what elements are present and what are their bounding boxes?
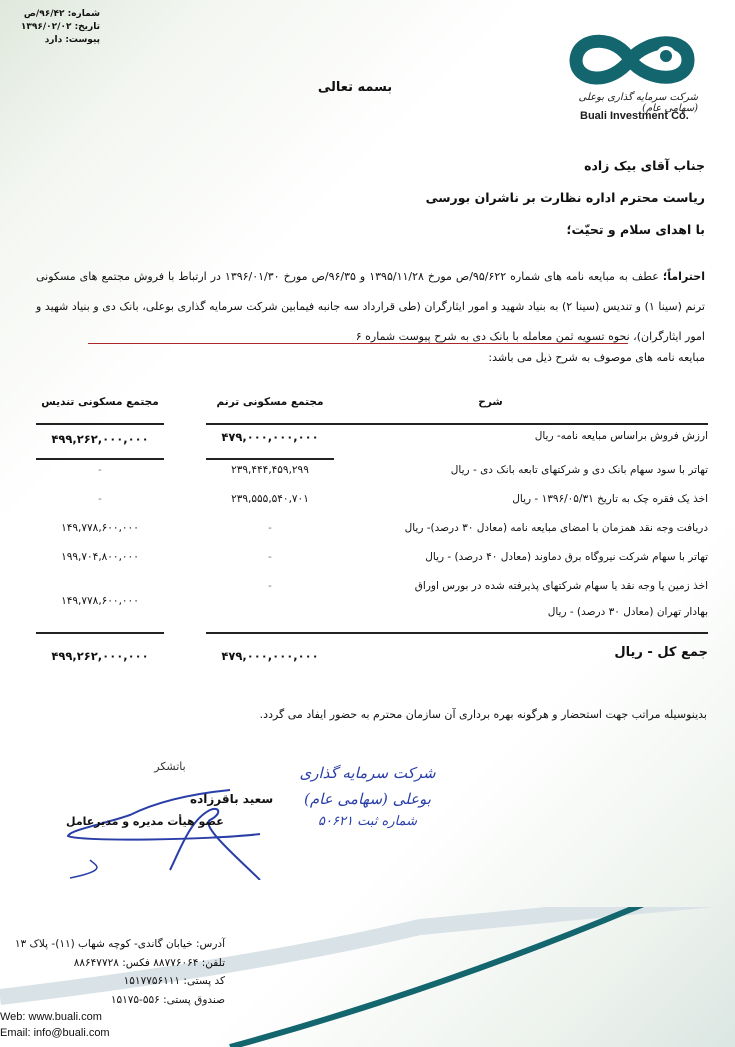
table-row-tandis: ۱۴۹,۷۷۸,۶۰۰,۰۰۰ bbox=[36, 595, 164, 607]
divider bbox=[206, 632, 334, 634]
footer-postal-code: کد پستی: ۱۵۱۷۷۵۶۱۱۱ bbox=[0, 972, 225, 991]
table-row-desc: دریافت وجه نقد همزمان با امضای مبایعه نا… bbox=[273, 522, 708, 534]
letter-body: احتراماً؛ عطف به مبایعه نامه های شماره ۹… bbox=[36, 262, 705, 352]
signer-role: عضو هیأت مدیره و مدیرعامل bbox=[66, 815, 224, 828]
footer-contact: آدرس: خیابان گاندی- کوچه شهاب (۱۱)- پلاک… bbox=[0, 935, 225, 1041]
table-row-desc: اخذ یک فقره چک به تاریخ ۱۳۹۶/۰۵/۳۱ - ریا… bbox=[273, 493, 708, 505]
header-desc: شرح bbox=[273, 396, 708, 408]
table-row-desc: تهاتر با سهام شرکت نیروگاه برق دماوند (م… bbox=[273, 551, 708, 563]
body-paragraph: عطف به مبایعه نامه های شماره ۹۵/۶۲۲/ص مو… bbox=[36, 270, 705, 343]
table-row-taranom: ۲۳۹,۴۴۴,۴۵۹,۲۹۹ bbox=[206, 464, 334, 476]
stamp-registration: شماره ثبت ۵۰۶۲۱ bbox=[280, 812, 455, 832]
bismillah-heading: بسمه تعالی bbox=[300, 80, 410, 95]
body-lead: احتراماً؛ bbox=[663, 270, 705, 283]
divider bbox=[206, 458, 334, 460]
row-sale-value-desc: ارزش فروش براساس مبایعه نامه- ریال bbox=[273, 430, 708, 442]
table-row-desc-cont: بهادار تهران (معادل ۳۰ درصد) - ریال bbox=[273, 606, 708, 618]
header-taranom: مجتمع مسکونی ترنم bbox=[206, 396, 334, 408]
company-logo: شرکت سرمایه گذاری بوعلی (سهامی عام) Bual… bbox=[548, 30, 718, 125]
table-row-taranom: - bbox=[206, 522, 334, 534]
table-intro: مبایعه نامه های موصوف به شرح ذیل می باشد… bbox=[105, 343, 705, 373]
table-row-tandis: - bbox=[36, 493, 164, 505]
footer-email[interactable]: Email: info@buali.com bbox=[0, 1025, 225, 1041]
row-sale-value-tandis: ۴۹۹,۲۶۲,۰۰۰,۰۰۰ bbox=[36, 432, 164, 446]
table-row-tandis: - bbox=[36, 464, 164, 476]
recipient-name: جناب آقای بیک زاده bbox=[205, 150, 705, 182]
table-row-taranom: - bbox=[206, 551, 334, 563]
footer-phone: تلفن: ۸۸۷۷۶۰۶۴ فکس: ۸۸۶۴۷۷۲۸ bbox=[0, 954, 225, 973]
letter-page: شماره: ۹۶/۴۲/ص تاریخ: ۱۳۹۶/۰۲/۰۲ پیوست: … bbox=[0, 0, 735, 1047]
signer-name: سعید باقرزاده bbox=[190, 792, 273, 806]
logo-english-name: Buali Investment Co. bbox=[580, 110, 689, 122]
footer-address: آدرس: خیابان گاندی- کوچه شهاب (۱۱)- پلاک… bbox=[0, 935, 225, 954]
table-row-tandis: ۱۹۹,۷۰۴,۸۰۰,۰۰۰ bbox=[36, 551, 164, 563]
row-sale-value-taranom: ۴۷۹,۰۰۰,۰۰۰,۰۰۰ bbox=[206, 430, 334, 444]
total-tandis: ۴۹۹,۲۶۲,۰۰۰,۰۰۰ bbox=[36, 649, 164, 663]
total-taranom: ۴۷۹,۰۰۰,۰۰۰,۰۰۰ bbox=[206, 649, 334, 663]
divider bbox=[273, 632, 708, 634]
closing-sentence: بدینوسیله مراتب جهت استحضار و هرگونه بهر… bbox=[107, 708, 707, 721]
company-stamp: شرکت سرمایه گذاری بوعلی (سهامی عام) شمار… bbox=[280, 760, 455, 832]
infinity-logo-icon bbox=[568, 30, 698, 92]
salutation: با اهدای سلام و تحیّت؛ bbox=[205, 214, 705, 246]
divider bbox=[36, 458, 164, 460]
divider bbox=[36, 632, 164, 634]
header-tandis: مجتمع مسکونی تندیس bbox=[36, 396, 164, 408]
recipient-title: ریاست محترم اداره نظارت بر ناشران بورسی bbox=[205, 182, 705, 214]
table-row-tandis: ۱۴۹,۷۷۸,۶۰۰,۰۰۰ bbox=[36, 522, 164, 534]
recipient-block: جناب آقای بیک زاده ریاست محترم اداره نظا… bbox=[205, 150, 705, 246]
divider bbox=[206, 423, 334, 425]
table-row-desc: اخذ زمین یا وجه نقد یا سهام شرکتهای پذیر… bbox=[273, 580, 708, 592]
letter-number: شماره: ۹۶/۴۲/ص bbox=[10, 8, 100, 21]
divider bbox=[273, 423, 708, 425]
total-label: جمع کل - ریال bbox=[273, 645, 708, 660]
letter-meta: شماره: ۹۶/۴۲/ص تاریخ: ۱۳۹۶/۰۲/۰۲ پیوست: … bbox=[10, 8, 100, 47]
divider bbox=[36, 423, 164, 425]
letter-date: تاریخ: ۱۳۹۶/۰۲/۰۲ bbox=[10, 21, 100, 34]
table-row-taranom: ۲۳۹,۵۵۵,۵۴۰,۷۰۱ bbox=[206, 493, 334, 505]
footer-web[interactable]: Web: www.buali.com bbox=[0, 1009, 225, 1025]
table-row-desc: تهاتر با سود سهام بانک دی و شرکتهای تابع… bbox=[273, 464, 708, 476]
stamp-company-name: شرکت سرمایه گذاری بوعلی (سهامی عام) bbox=[280, 760, 455, 812]
footer-po-box: صندوق پستی: ۵۵۶-۱۵۱۷۵ bbox=[0, 991, 225, 1010]
table-row-taranom: - bbox=[206, 580, 334, 592]
letter-attachment: پیوست: دارد bbox=[10, 34, 100, 47]
